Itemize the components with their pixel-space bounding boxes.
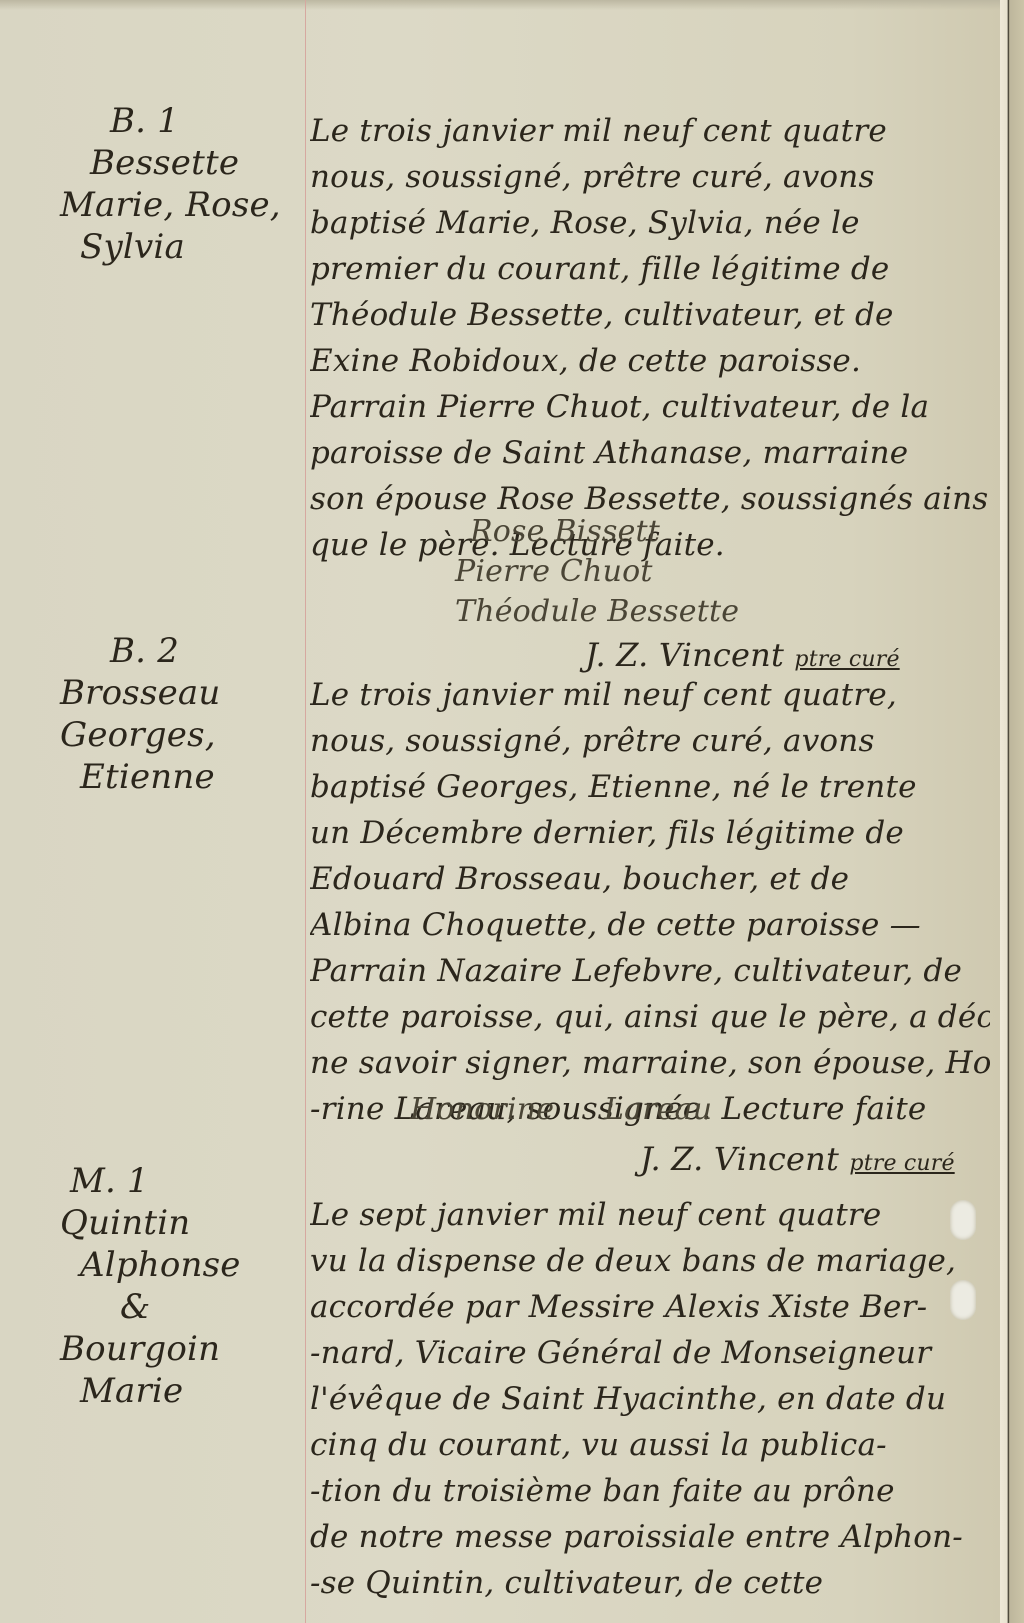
margin-surname: Bessette bbox=[30, 142, 290, 184]
signature: Honorine Lareau bbox=[410, 1090, 712, 1130]
entry-line: vu la dispense de deux bans de mariage, bbox=[310, 1238, 990, 1284]
entry-line: ne savoir signer, marraine, son épouse, … bbox=[310, 1040, 990, 1086]
entry-line: Le trois janvier mil neuf cent quatre, bbox=[310, 672, 990, 718]
entry-line: Exine Robidoux, de cette paroisse. bbox=[310, 338, 990, 384]
priest-title: ptre curé bbox=[794, 647, 899, 672]
priest-name: J. Z. Vincent bbox=[640, 1140, 839, 1178]
entry-line: Le trois janvier mil neuf cent quatre bbox=[310, 108, 990, 154]
entry-text-m1: Le sept janvier mil neuf cent quatre vu … bbox=[310, 1192, 990, 1606]
signature-block: Honorine Lareau bbox=[410, 1090, 712, 1130]
margin-surname: Bourgoin bbox=[30, 1328, 290, 1370]
entry-line: Albina Choquette, de cette paroisse — bbox=[310, 902, 990, 948]
entry-line: Parrain Nazaire Lefebvre, cultivateur, d… bbox=[310, 948, 990, 994]
margin-given-name: Marie bbox=[30, 1370, 290, 1412]
entry-line: -se Quintin, cultivateur, de cette bbox=[310, 1560, 990, 1606]
priest-signature: J. Z. Vincent ptre curé bbox=[640, 1140, 955, 1178]
signature: Pierre Chuot bbox=[455, 552, 739, 592]
entry-line: baptisé Georges, Etienne, né le trente bbox=[310, 764, 990, 810]
margin-note-b2: B. 2 Brosseau Georges, Etienne bbox=[30, 630, 290, 798]
priest-signature: J. Z. Vincent ptre curé bbox=[585, 636, 900, 674]
record-ref: B. 2 bbox=[30, 630, 290, 672]
entry-line: baptisé Marie, Rose, Sylvia, née le bbox=[310, 200, 990, 246]
entry-line: -nard, Vicaire Général de Monseigneur bbox=[310, 1330, 990, 1376]
margin-given-names: Etienne bbox=[30, 756, 290, 798]
entry-line: -tion du troisième ban faite au prône bbox=[310, 1468, 990, 1514]
signature-block: Rose Bissett Pierre Chuot Théodule Besse… bbox=[455, 512, 739, 632]
margin-given-name: Alphonse bbox=[30, 1244, 290, 1286]
margin-given-names: Georges, bbox=[30, 714, 290, 756]
page-top-shadow bbox=[0, 0, 1024, 10]
entry-line: nous, soussigné, prêtre curé, avons bbox=[310, 718, 990, 764]
entry-line: premier du courant, fille légitime de bbox=[310, 246, 990, 292]
priest-name: J. Z. Vincent bbox=[585, 636, 784, 674]
entry-line: paroisse de Saint Athanase, marraine bbox=[310, 430, 990, 476]
margin-rule-line bbox=[305, 0, 306, 1623]
entry-line: Le sept janvier mil neuf cent quatre bbox=[310, 1192, 990, 1238]
entry-line: l'évêque de Saint Hyacinthe, en date du bbox=[310, 1376, 990, 1422]
entry-line: nous, soussigné, prêtre curé, avons bbox=[310, 154, 990, 200]
entry-line: de notre messe paroissiale entre Alphon- bbox=[310, 1514, 990, 1560]
entry-line: Théodule Bessette, cultivateur, et de bbox=[310, 292, 990, 338]
entry-line: cinq du courant, vu aussi la publica- bbox=[310, 1422, 990, 1468]
entry-text-b1: Le trois janvier mil neuf cent quatre no… bbox=[310, 108, 990, 568]
entry-line: Parrain Pierre Chuot, cultivateur, de la bbox=[310, 384, 990, 430]
margin-given-names: Sylvia bbox=[30, 226, 290, 268]
margin-surname: Brosseau bbox=[30, 672, 290, 714]
entry-text-b2: Le trois janvier mil neuf cent quatre, n… bbox=[310, 672, 990, 1132]
entry-line: cette paroisse, qui, ainsi que le père, … bbox=[310, 994, 990, 1040]
entry-line: Edouard Brosseau, boucher, et de bbox=[310, 856, 990, 902]
signature: Rose Bissett bbox=[455, 512, 739, 552]
margin-note-b1: B. 1 Bessette Marie, Rose, Sylvia bbox=[30, 100, 290, 268]
record-ref: M. 1 bbox=[30, 1160, 290, 1202]
margin-note-m1: M. 1 Quintin Alphonse & Bourgoin Marie bbox=[30, 1160, 290, 1412]
record-ref: B. 1 bbox=[30, 100, 290, 142]
margin-ampersand: & bbox=[30, 1286, 290, 1328]
margin-given-names: Marie, Rose, bbox=[30, 184, 290, 226]
entry-line: accordée par Messire Alexis Xiste Ber- bbox=[310, 1284, 990, 1330]
page-binding-edge bbox=[1000, 0, 1024, 1623]
entry-line: un Décembre dernier, fils légitime de bbox=[310, 810, 990, 856]
margin-surname: Quintin bbox=[30, 1202, 290, 1244]
priest-title: ptre curé bbox=[849, 1151, 954, 1176]
signature: Théodule Bessette bbox=[455, 592, 739, 632]
